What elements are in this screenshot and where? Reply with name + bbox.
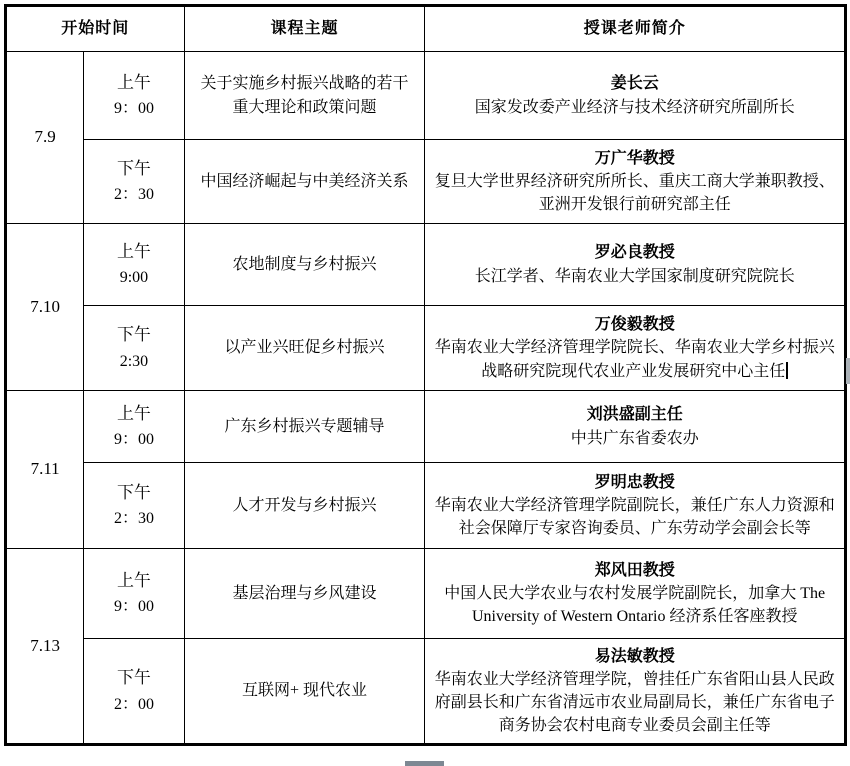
- time-label: 9：00: [90, 595, 177, 618]
- teacher-bio: 国家发改委产业经济与技术经济研究所副所长: [433, 96, 836, 119]
- teacher-bio: 华南农业大学经济管理学院副院长，兼任广东人力资源和社会保障厅专家咨询委员、广东劳…: [433, 494, 836, 540]
- teacher-bio: 复旦大学世界经济研究所所长、重庆工商大学兼职教授、亚洲开发银行前研究部主任: [433, 170, 836, 216]
- teacher-cell[interactable]: 易法敏教授 华南农业大学经济管理学院，曾挂任广东省阳山县人民政府副县长和广东省清…: [425, 639, 846, 745]
- topic-text: 人才开发与乡村振兴: [233, 497, 377, 514]
- course-schedule-table: 开始时间 课程主题 授课老师简介 7.9 上午 9：00 关于实施乡村振兴战略的…: [4, 4, 847, 746]
- topic-cell[interactable]: 互联网+ 现代农业: [184, 639, 425, 745]
- topic-text: 中国经济崛起与中美经济关系: [201, 173, 409, 190]
- topic-text: 广东乡村振兴专题辅导: [225, 418, 385, 435]
- topic-cell[interactable]: 基层治理与乡风建设: [184, 549, 425, 639]
- time-cell[interactable]: 下午 2：00: [84, 639, 184, 745]
- horizontal-scrollbar-thumb[interactable]: [405, 761, 444, 766]
- teacher-bio: 华南农业大学经济管理学院院长、华南农业大学乡村振兴战略研究院现代农业产业发展研究…: [433, 336, 836, 382]
- time-label: 9:00: [90, 266, 177, 289]
- time-label: 9：00: [90, 428, 177, 451]
- time-label: 9：00: [90, 97, 177, 120]
- period-label: 上午: [90, 402, 177, 427]
- topic-text: 互联网+ 现代农业: [242, 682, 367, 699]
- table-row: 7.9 上午 9：00 关于实施乡村振兴战略的若干重大理论和政策问题 姜长云 国…: [6, 52, 846, 140]
- text-cursor: [786, 362, 788, 379]
- time-label: 2：30: [90, 183, 177, 206]
- time-cell[interactable]: 上午 9：00: [84, 52, 184, 140]
- topic-cell[interactable]: 中国经济崛起与中美经济关系: [184, 140, 425, 224]
- table-row: 7.13 上午 9：00 基层治理与乡风建设 郑风田教授 中国人民大学农业与农村…: [6, 549, 846, 639]
- time-cell[interactable]: 下午 2：30: [84, 140, 184, 224]
- teacher-cell[interactable]: 罗明忠教授 华南农业大学经济管理学院副院长，兼任广东人力资源和社会保障厅专家咨询…: [425, 463, 846, 549]
- teacher-bio: 中国人民大学农业与农村发展学院副院长，加拿大 The University of…: [433, 582, 836, 628]
- teacher-cell[interactable]: 郑风田教授 中国人民大学农业与农村发展学院副院长，加拿大 The Univers…: [425, 549, 846, 639]
- period-label: 上午: [90, 569, 177, 594]
- period-label: 上午: [90, 71, 177, 96]
- date-cell-7-10[interactable]: 7.10: [6, 224, 84, 391]
- teacher-name: 易法敏教授: [433, 645, 836, 668]
- header-teacher-intro[interactable]: 授课老师简介: [425, 6, 846, 52]
- topic-text: 农地制度与乡村振兴: [233, 256, 377, 273]
- teacher-cell[interactable]: 刘洪盛副主任 中共广东省委农办: [425, 391, 846, 463]
- teacher-name: 郑风田教授: [433, 559, 836, 582]
- vertical-scrollbar-thumb[interactable]: [846, 358, 850, 384]
- teacher-name: 刘洪盛副主任: [433, 403, 836, 426]
- time-label: 2：00: [90, 693, 177, 716]
- time-cell[interactable]: 上午 9：00: [84, 549, 184, 639]
- period-label: 下午: [90, 157, 177, 182]
- teacher-cell[interactable]: 万广华教授 复旦大学世界经济研究所所长、重庆工商大学兼职教授、亚洲开发银行前研究…: [425, 140, 846, 224]
- time-cell[interactable]: 上午 9：00: [84, 391, 184, 463]
- teacher-cell[interactable]: 罗必良教授 长江学者、华南农业大学国家制度研究院院长: [425, 224, 846, 306]
- topic-cell[interactable]: 人才开发与乡村振兴: [184, 463, 425, 549]
- teacher-name: 罗必良教授: [433, 241, 836, 264]
- time-cell[interactable]: 下午 2：30: [84, 463, 184, 549]
- time-label: 2:30: [90, 350, 177, 373]
- time-label: 2：30: [90, 507, 177, 530]
- teacher-bio: 华南农业大学经济管理学院，曾挂任广东省阳山县人民政府副县长和广东省清远市农业局副…: [433, 668, 836, 738]
- period-label: 上午: [90, 240, 177, 265]
- period-label: 下午: [90, 481, 177, 506]
- teacher-bio: 长江学者、华南农业大学国家制度研究院院长: [433, 265, 836, 288]
- topic-text: 关于实施乡村振兴战略的若干重大理论和政策问题: [201, 75, 409, 115]
- table-row: 下午 2：00 互联网+ 现代农业 易法敏教授 华南农业大学经济管理学院，曾挂任…: [6, 639, 846, 745]
- topic-cell[interactable]: 农地制度与乡村振兴: [184, 224, 425, 306]
- time-cell[interactable]: 上午 9:00: [84, 224, 184, 306]
- date-cell-7-13[interactable]: 7.13: [6, 549, 84, 745]
- table-row: 下午 2:30 以产业兴旺促乡村振兴 万俊毅教授 华南农业大学经济管理学院院长、…: [6, 306, 846, 391]
- topic-text: 基层治理与乡风建设: [233, 585, 377, 602]
- table-row: 下午 2：30 人才开发与乡村振兴 罗明忠教授 华南农业大学经济管理学院副院长，…: [6, 463, 846, 549]
- topic-cell[interactable]: 广东乡村振兴专题辅导: [184, 391, 425, 463]
- table-row: 7.10 上午 9:00 农地制度与乡村振兴 罗必良教授 长江学者、华南农业大学…: [6, 224, 846, 306]
- header-start-time[interactable]: 开始时间: [6, 6, 185, 52]
- topic-text: 以产业兴旺促乡村振兴: [225, 339, 385, 356]
- time-cell[interactable]: 下午 2:30: [84, 306, 184, 391]
- teacher-cell[interactable]: 万俊毅教授 华南农业大学经济管理学院院长、华南农业大学乡村振兴战略研究院现代农业…: [425, 306, 846, 391]
- table-row: 7.11 上午 9：00 广东乡村振兴专题辅导 刘洪盛副主任 中共广东省委农办: [6, 391, 846, 463]
- teacher-name: 万广华教授: [433, 147, 836, 170]
- teacher-bio: 中共广东省委农办: [433, 427, 836, 450]
- header-course-topic[interactable]: 课程主题: [184, 6, 425, 52]
- teacher-name: 姜长云: [433, 72, 836, 95]
- topic-cell[interactable]: 关于实施乡村振兴战略的若干重大理论和政策问题: [184, 52, 425, 140]
- teacher-name: 万俊毅教授: [433, 313, 836, 336]
- teacher-name: 罗明忠教授: [433, 471, 836, 494]
- period-label: 下午: [90, 323, 177, 348]
- date-cell-7-11[interactable]: 7.11: [6, 391, 84, 549]
- teacher-cell[interactable]: 姜长云 国家发改委产业经济与技术经济研究所副所长: [425, 52, 846, 140]
- period-label: 下午: [90, 666, 177, 691]
- header-row: 开始时间 课程主题 授课老师简介: [6, 6, 846, 52]
- topic-cell[interactable]: 以产业兴旺促乡村振兴: [184, 306, 425, 391]
- date-cell-7-9[interactable]: 7.9: [6, 52, 84, 224]
- table-row: 下午 2：30 中国经济崛起与中美经济关系 万广华教授 复旦大学世界经济研究所所…: [6, 140, 846, 224]
